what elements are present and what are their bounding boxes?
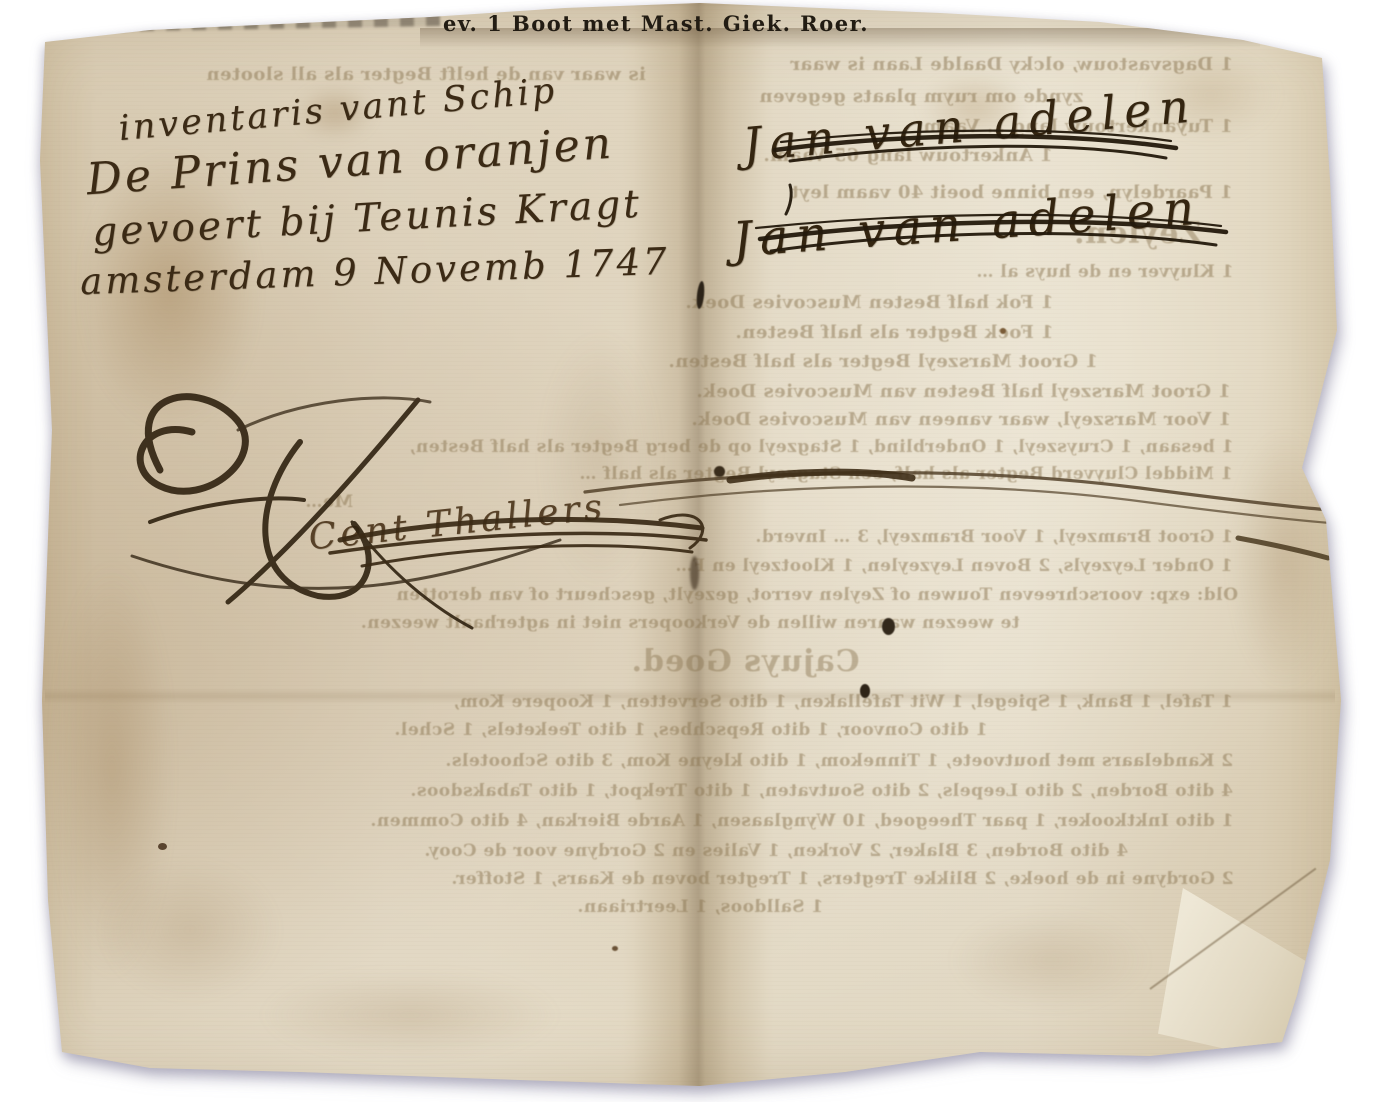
ink-speck [158,843,167,850]
ink-blob [882,618,895,635]
bleed-line: 1 Voor Marszeyl, waar vaneen van Muscovi… [691,409,1231,430]
bleed-line: 1 dito Inktkooker, 1 paar Theegoed, 10 W… [370,811,1233,831]
bleed-line: Me… [305,492,353,512]
bleed-line: 1 Groot Bramzeyl, 1 Voor Bramzeyl, 3 … I… [755,527,1233,547]
paper-surface: ev. 1 Boot met Mast. Giek. Roer. is waar… [0,0,1383,1102]
ink-speck [612,946,618,951]
bleed-line: 1 Onder Leyzeyls, 2 Boven Leyzeylen, 1 K… [675,556,1233,576]
bleed-line: Old: exp: voorschreeven Touwen of Zeylen… [396,585,1238,605]
manuscript-sheet: ev. 1 Boot met Mast. Giek. Roer. is waar… [0,0,1383,1102]
bleed-line: te weezen waaren willen de Verkoopers ni… [360,613,1019,633]
ink-blob [860,684,870,698]
bleed-line: 2 Gordyne in de hoeke, 2 Blikke Tregters… [451,869,1233,889]
bleed-section-header: Cajuys Goed. [631,644,860,679]
bleed-line: 1 Kluyver en de huys al … [976,262,1233,282]
printed-top-line: ev. 1 Boot met Mast. Giek. Roer. [443,11,869,36]
fold-crease-mark [690,556,699,590]
bleed-line: 1 Dagsvastouw, olcky Daalde Laan is waar [790,54,1233,75]
bleed-line: 4 dito Borden, 2 dito Leepels, 2 dito So… [410,781,1233,801]
stain [950,910,1150,1010]
bleed-line: 4 dito Borden, 3 Blaker, 2 Vorken, 1 Val… [424,841,1128,861]
stain [1230,430,1340,690]
stain [100,860,280,1000]
ink-blob [714,466,725,477]
bleed-line: 2 Kandelaars met houtvoete, 1 Tinnekom, … [445,751,1233,771]
stain [540,330,660,590]
bleed-line: 1 Groot Marszeyl Begter als half Besten. [668,351,1098,372]
bleed-line: 1 Groot Marszeyl half Besten van Muscovi… [696,381,1231,402]
bleed-line: 1 Fok half Besten Muscovies Doek. [685,292,1053,313]
bleed-line: 1 Salldoos, 1 Leertriaan. [577,897,823,917]
bleed-line: 1 besaan, 1 Cruyszeyl, 1 Onderblind, 1 S… [409,437,1233,457]
photo-background: ev. 1 Boot met Mast. Giek. Roer. is waar… [0,0,1383,1102]
bleed-line: 1 Tafel, 1 Bank, 1 Spiegel, 1 Wit Tafell… [453,692,1233,712]
bleed-line: 1 Middel Cluyverd Begter als half, een S… [579,464,1233,484]
bleed-line: 1 dito Convoor, 1 dito Repschbes, 1 dito… [394,720,988,740]
stain [260,970,560,1060]
ink-speck [1000,328,1006,334]
